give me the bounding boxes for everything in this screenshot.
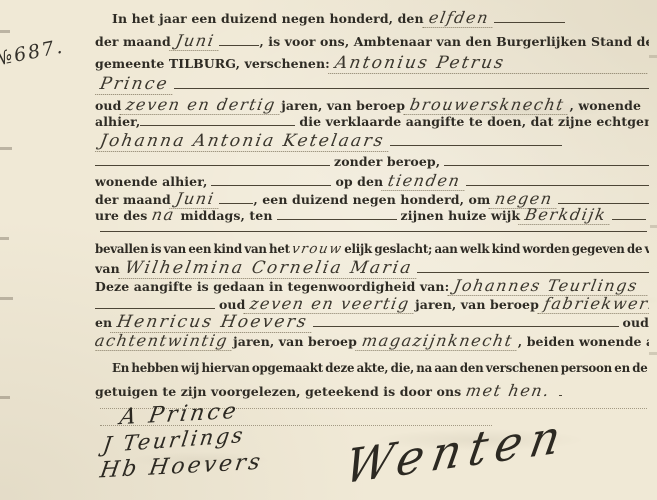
printed-text: alhier, bbox=[95, 114, 140, 129]
printed-text: Deze aangifte is gedaan in tegenwoordigh… bbox=[95, 279, 449, 294]
blank-line bbox=[277, 216, 397, 220]
printed-text: van bbox=[95, 261, 120, 276]
handwritten-age: zeven en dertig bbox=[120, 95, 283, 115]
handwritten-witness1-name: Johannes Teurlings bbox=[448, 276, 649, 296]
printed-text: In het jaar een duizend negen honderd, d… bbox=[95, 11, 424, 26]
edge-mark bbox=[0, 147, 12, 150]
printed-text: die verklaarde aangifte te doen, dat zij… bbox=[299, 114, 649, 129]
edge-mark bbox=[0, 396, 10, 399]
printed-text: zijnen huize wijk bbox=[401, 208, 521, 223]
handwritten-gender: vrouw bbox=[288, 241, 345, 257]
line-birth-day: wonende alhier, op den tienden bbox=[95, 171, 649, 191]
line-house-wijk: ure des na middags, ten zijnen huize wij… bbox=[95, 205, 649, 225]
line-declarant-surname: Prince bbox=[95, 74, 649, 95]
blank-line bbox=[494, 19, 565, 23]
act-number: №687. bbox=[0, 35, 66, 70]
line-zonder-beroep: zonder beroep, bbox=[95, 154, 649, 169]
line-mother-name: Johanna Antonia Ketelaars bbox=[95, 131, 562, 152]
line-closing-1: En hebben wij hiervan opgemaakt deze akt… bbox=[95, 361, 649, 375]
handwritten-witness2-occupation: magazijnknecht bbox=[355, 331, 519, 351]
handwritten-met-hen: met hen. bbox=[460, 381, 557, 400]
edge-mark bbox=[649, 55, 657, 58]
printed-text: oud bbox=[623, 315, 649, 330]
printed-text: jaren, van beroep bbox=[415, 297, 539, 312]
printed-text: En hebben wij hiervan opgemaakt deze akt… bbox=[95, 361, 648, 375]
printed-text: jaren, van beroep bbox=[233, 334, 357, 349]
line-declaration: alhier, die verklaarde aangifte te doen,… bbox=[95, 114, 649, 129]
handwritten-declarant-surname: Prince bbox=[95, 74, 176, 95]
line-witness2-age: achtentwintig jaren, van beroep magazijn… bbox=[95, 331, 649, 351]
line-closing-2: getuigen te zijn voorgelezen, geteekend … bbox=[95, 381, 562, 400]
handwritten-day: elfden bbox=[422, 8, 496, 28]
edge-mark bbox=[0, 30, 10, 33]
printed-text: op den bbox=[335, 174, 383, 189]
edge-mark bbox=[0, 297, 13, 300]
printed-text: , wonende bbox=[569, 98, 641, 113]
blank-line bbox=[558, 200, 649, 204]
handwritten-occupation: brouwersknecht bbox=[403, 95, 571, 115]
blank-line bbox=[174, 85, 649, 89]
line-witness2: en Henricus Hoevers oud bbox=[95, 312, 649, 333]
printed-text: getuigen te zijn voorgelezen, geteekend … bbox=[95, 384, 461, 399]
printed-text: en bbox=[95, 315, 112, 330]
printed-text: bevallen is van een kind van het bbox=[95, 242, 290, 256]
blank-line bbox=[313, 323, 618, 327]
blank-line bbox=[211, 182, 331, 186]
blank-line bbox=[466, 182, 649, 186]
edge-mark bbox=[650, 225, 657, 228]
printed-text: oud bbox=[219, 297, 245, 312]
handwritten-declarant-firstnames: Antonius Petrus bbox=[328, 53, 649, 74]
blank-line bbox=[559, 392, 562, 396]
blank-line bbox=[219, 42, 259, 46]
line-year: In het jaar een duizend negen honderd, d… bbox=[95, 8, 565, 28]
birth-certificate-scan: №687. In het jaar een duizend negen hond… bbox=[0, 0, 657, 500]
edge-mark bbox=[0, 237, 9, 240]
blank-line bbox=[219, 200, 253, 204]
blank-line bbox=[95, 162, 330, 166]
handwritten-witness2-age: achtentwintig bbox=[95, 331, 235, 351]
printed-text: wonende alhier, bbox=[95, 174, 207, 189]
printed-text: middags, ten bbox=[180, 208, 272, 223]
line-witness1-age: oud zeven en veertig jaren, van beroep f… bbox=[95, 294, 649, 314]
edge-mark bbox=[649, 352, 657, 355]
signature-official: Wenten bbox=[341, 407, 572, 494]
printed-text: , is voor ons, Ambtenaar van den Burgerl… bbox=[259, 34, 649, 49]
blank-line bbox=[390, 142, 562, 146]
handwritten-na: na bbox=[146, 205, 182, 224]
printed-text: zonder beroep, bbox=[334, 154, 440, 169]
section-rule bbox=[100, 231, 647, 232]
handwritten-month: Juni bbox=[169, 31, 221, 51]
line-municipality: gemeente TILBURG, verschenen: Antonius P… bbox=[95, 53, 649, 74]
handwritten-wijk: Berkdijk bbox=[518, 205, 613, 225]
blank-line bbox=[417, 269, 649, 273]
line-month: der maand Juni , is voor ons, Ambtenaar … bbox=[95, 31, 649, 51]
handwritten-witness1-age: zeven en veertig bbox=[244, 294, 417, 314]
printed-text: ure des bbox=[95, 208, 147, 223]
printed-text: der maand bbox=[95, 34, 171, 49]
blank-line bbox=[95, 305, 215, 309]
printed-text: , beiden wonende alhier. bbox=[518, 334, 649, 349]
blank-line bbox=[612, 216, 646, 220]
printed-text: elijk geslacht; aan welk kind worden geg… bbox=[344, 242, 649, 256]
handwritten-mother-name: Johanna Antonia Ketelaars bbox=[95, 131, 391, 152]
blank-line bbox=[444, 162, 649, 166]
printed-text: jaren, van beroep bbox=[281, 98, 405, 113]
handwritten-witness2-name: Henricus Hoevers bbox=[110, 312, 315, 333]
handwritten-witness1-occupation: fabriekwerker bbox=[537, 294, 649, 314]
line-witness1: Deze aangifte is gedaan in tegenwoordigh… bbox=[95, 276, 649, 296]
handwritten-birth-day: tienden bbox=[381, 171, 467, 191]
line-child-gender: bevallen is van een kind van het vrouw e… bbox=[95, 241, 649, 257]
line-declarant-age-occupation: oud zeven en dertig jaren, van beroep br… bbox=[95, 95, 649, 115]
blank-line bbox=[140, 122, 295, 126]
printed-text: oud bbox=[95, 98, 121, 113]
printed-text: gemeente TILBURG, verschenen: bbox=[95, 56, 330, 71]
